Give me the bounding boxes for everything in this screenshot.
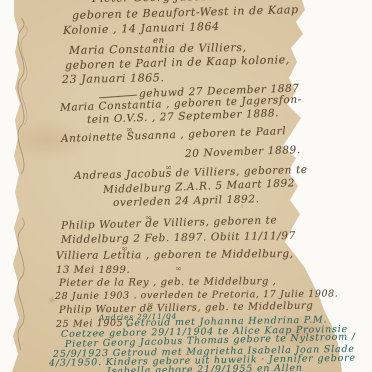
manuscript-line: Isabella gebore 21/9/1955 en Allen: [107, 364, 303, 372]
manuscript-line: Villiera Letitia , geboren te Middelburg…: [56, 249, 294, 262]
manuscript-line: Maria Constantia de Villiers,: [69, 42, 247, 56]
marriage-symbol: ∞: [175, 265, 182, 273]
manuscript-line: 13 Mei 1899.: [56, 266, 130, 276]
manuscript-line: 23 Januari 1865.: [62, 72, 165, 85]
manuscript-line: Pieter de la Rey , geb. te Middelburg ,: [59, 277, 277, 289]
margin-handwriting-decoration: [12, 12, 32, 362]
scanned-page: Pieter Georg Jacobus Thomas Venter gebor…: [0, 0, 372, 372]
manuscript-line: 28 Junie 1903 . overleden te Pretoria, 1…: [55, 290, 338, 302]
